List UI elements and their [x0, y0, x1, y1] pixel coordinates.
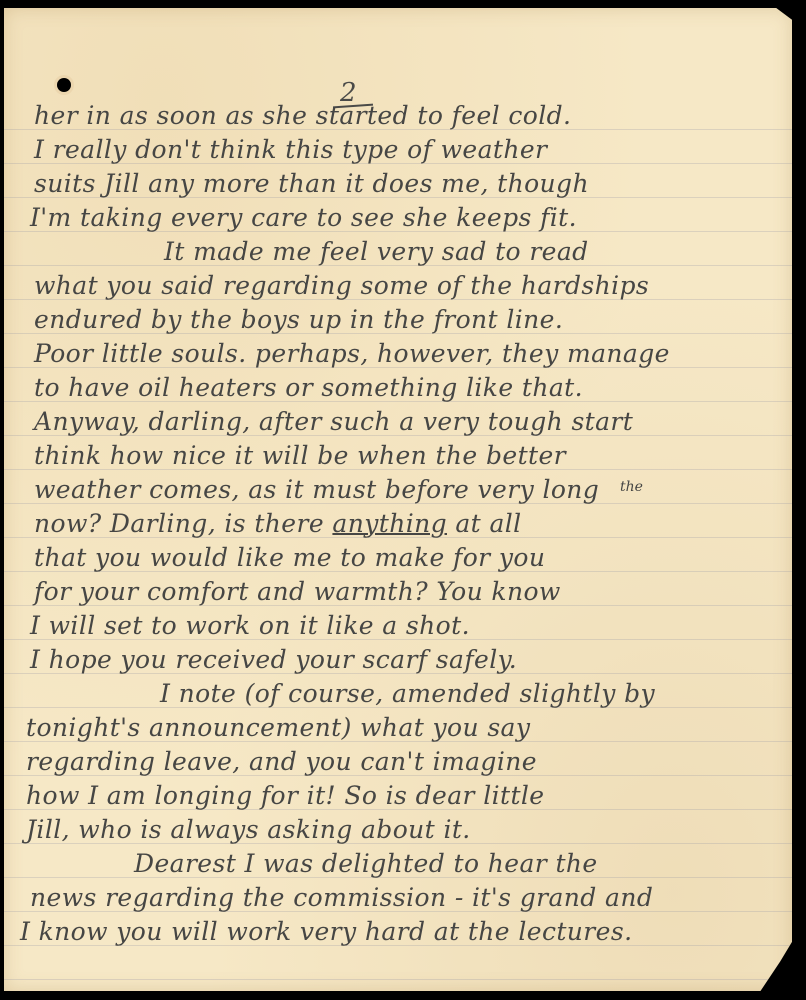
- letter-line: Anyway, darling, after such a very tough…: [34, 407, 633, 437]
- letter-line: It made me feel very sad to read: [34, 237, 589, 267]
- letter-line: to have oil heaters or something like th…: [34, 373, 583, 403]
- letter-line: weather comes, as it must before very lo…: [34, 475, 599, 505]
- punch-hole: [57, 78, 71, 92]
- letter-line: I know you will work very hard at the le…: [20, 917, 632, 947]
- letter-line: suits Jill any more than it does me, tho…: [34, 169, 589, 199]
- letter-line: regarding leave, and you can't imagine: [26, 747, 537, 777]
- letter-line: Poor little souls. perhaps, however, the…: [34, 339, 670, 369]
- letter-line: I really don't think this type of weathe…: [34, 135, 547, 165]
- letter-line: news regarding the commission - it's gra…: [30, 883, 653, 913]
- letter-line: how I am longing for it! So is dear litt…: [26, 781, 544, 811]
- letter-line: for your comfort and warmth? You know: [34, 577, 561, 607]
- letter-line: that you would like me to make for you: [34, 543, 545, 573]
- letter-line: think how nice it will be when the bette…: [34, 441, 566, 471]
- letter-line: endured by the boys up in the front line…: [34, 305, 563, 335]
- letter-line: I will set to work on it like a shot.: [30, 611, 470, 641]
- letter-text: at all: [455, 509, 521, 538]
- letter-text: now? Darling, is there: [34, 509, 324, 538]
- underlined-word: anything: [332, 509, 447, 538]
- letter-line: Jill, who is always asking about it.: [26, 815, 471, 845]
- letter-line: what you said regarding some of the hard…: [34, 271, 649, 301]
- letter-line: I note (of course, amended slightly by: [30, 679, 655, 709]
- letter-line: her in as soon as she started to feel co…: [34, 101, 571, 131]
- letter-line: I hope you received your scarf safely.: [30, 645, 517, 675]
- letter-line: Dearest I was delighted to hear the: [4, 849, 598, 879]
- letter-line: now? Darling, is there anything at all: [34, 509, 522, 539]
- inserted-word: the: [620, 479, 643, 495]
- letter-line: tonight's announcement) what you say: [26, 713, 530, 743]
- letter-line: I'm taking every care to see she keeps f…: [30, 203, 577, 233]
- ruled-line: [4, 979, 792, 980]
